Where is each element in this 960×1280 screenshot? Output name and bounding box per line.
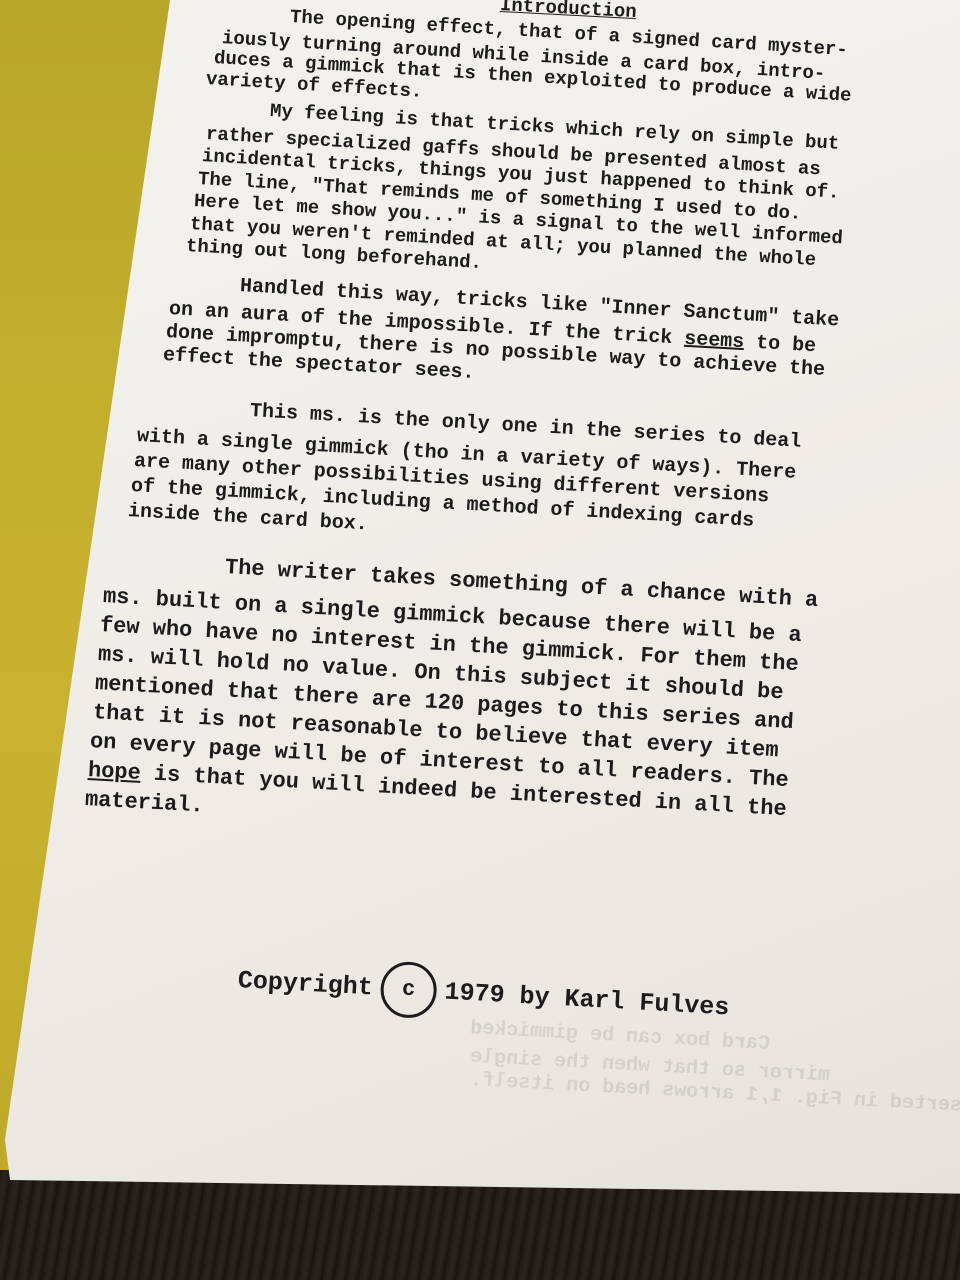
text-line: material. — [84, 787, 204, 819]
copyright-year-author: 1979 by Karl Fulves — [444, 978, 730, 1023]
underlined-word: hope — [87, 758, 141, 786]
typed-page: card is inserted in Fig. 1,1 arrows head… — [0, 0, 960, 1280]
copyright-circle-icon: c — [379, 960, 438, 1019]
underlined-word: seems — [684, 328, 745, 354]
copyright-notice: Copyrightc1979 by Karl Fulves — [175, 920, 733, 1065]
copyright-label: Copyright — [237, 966, 373, 1002]
